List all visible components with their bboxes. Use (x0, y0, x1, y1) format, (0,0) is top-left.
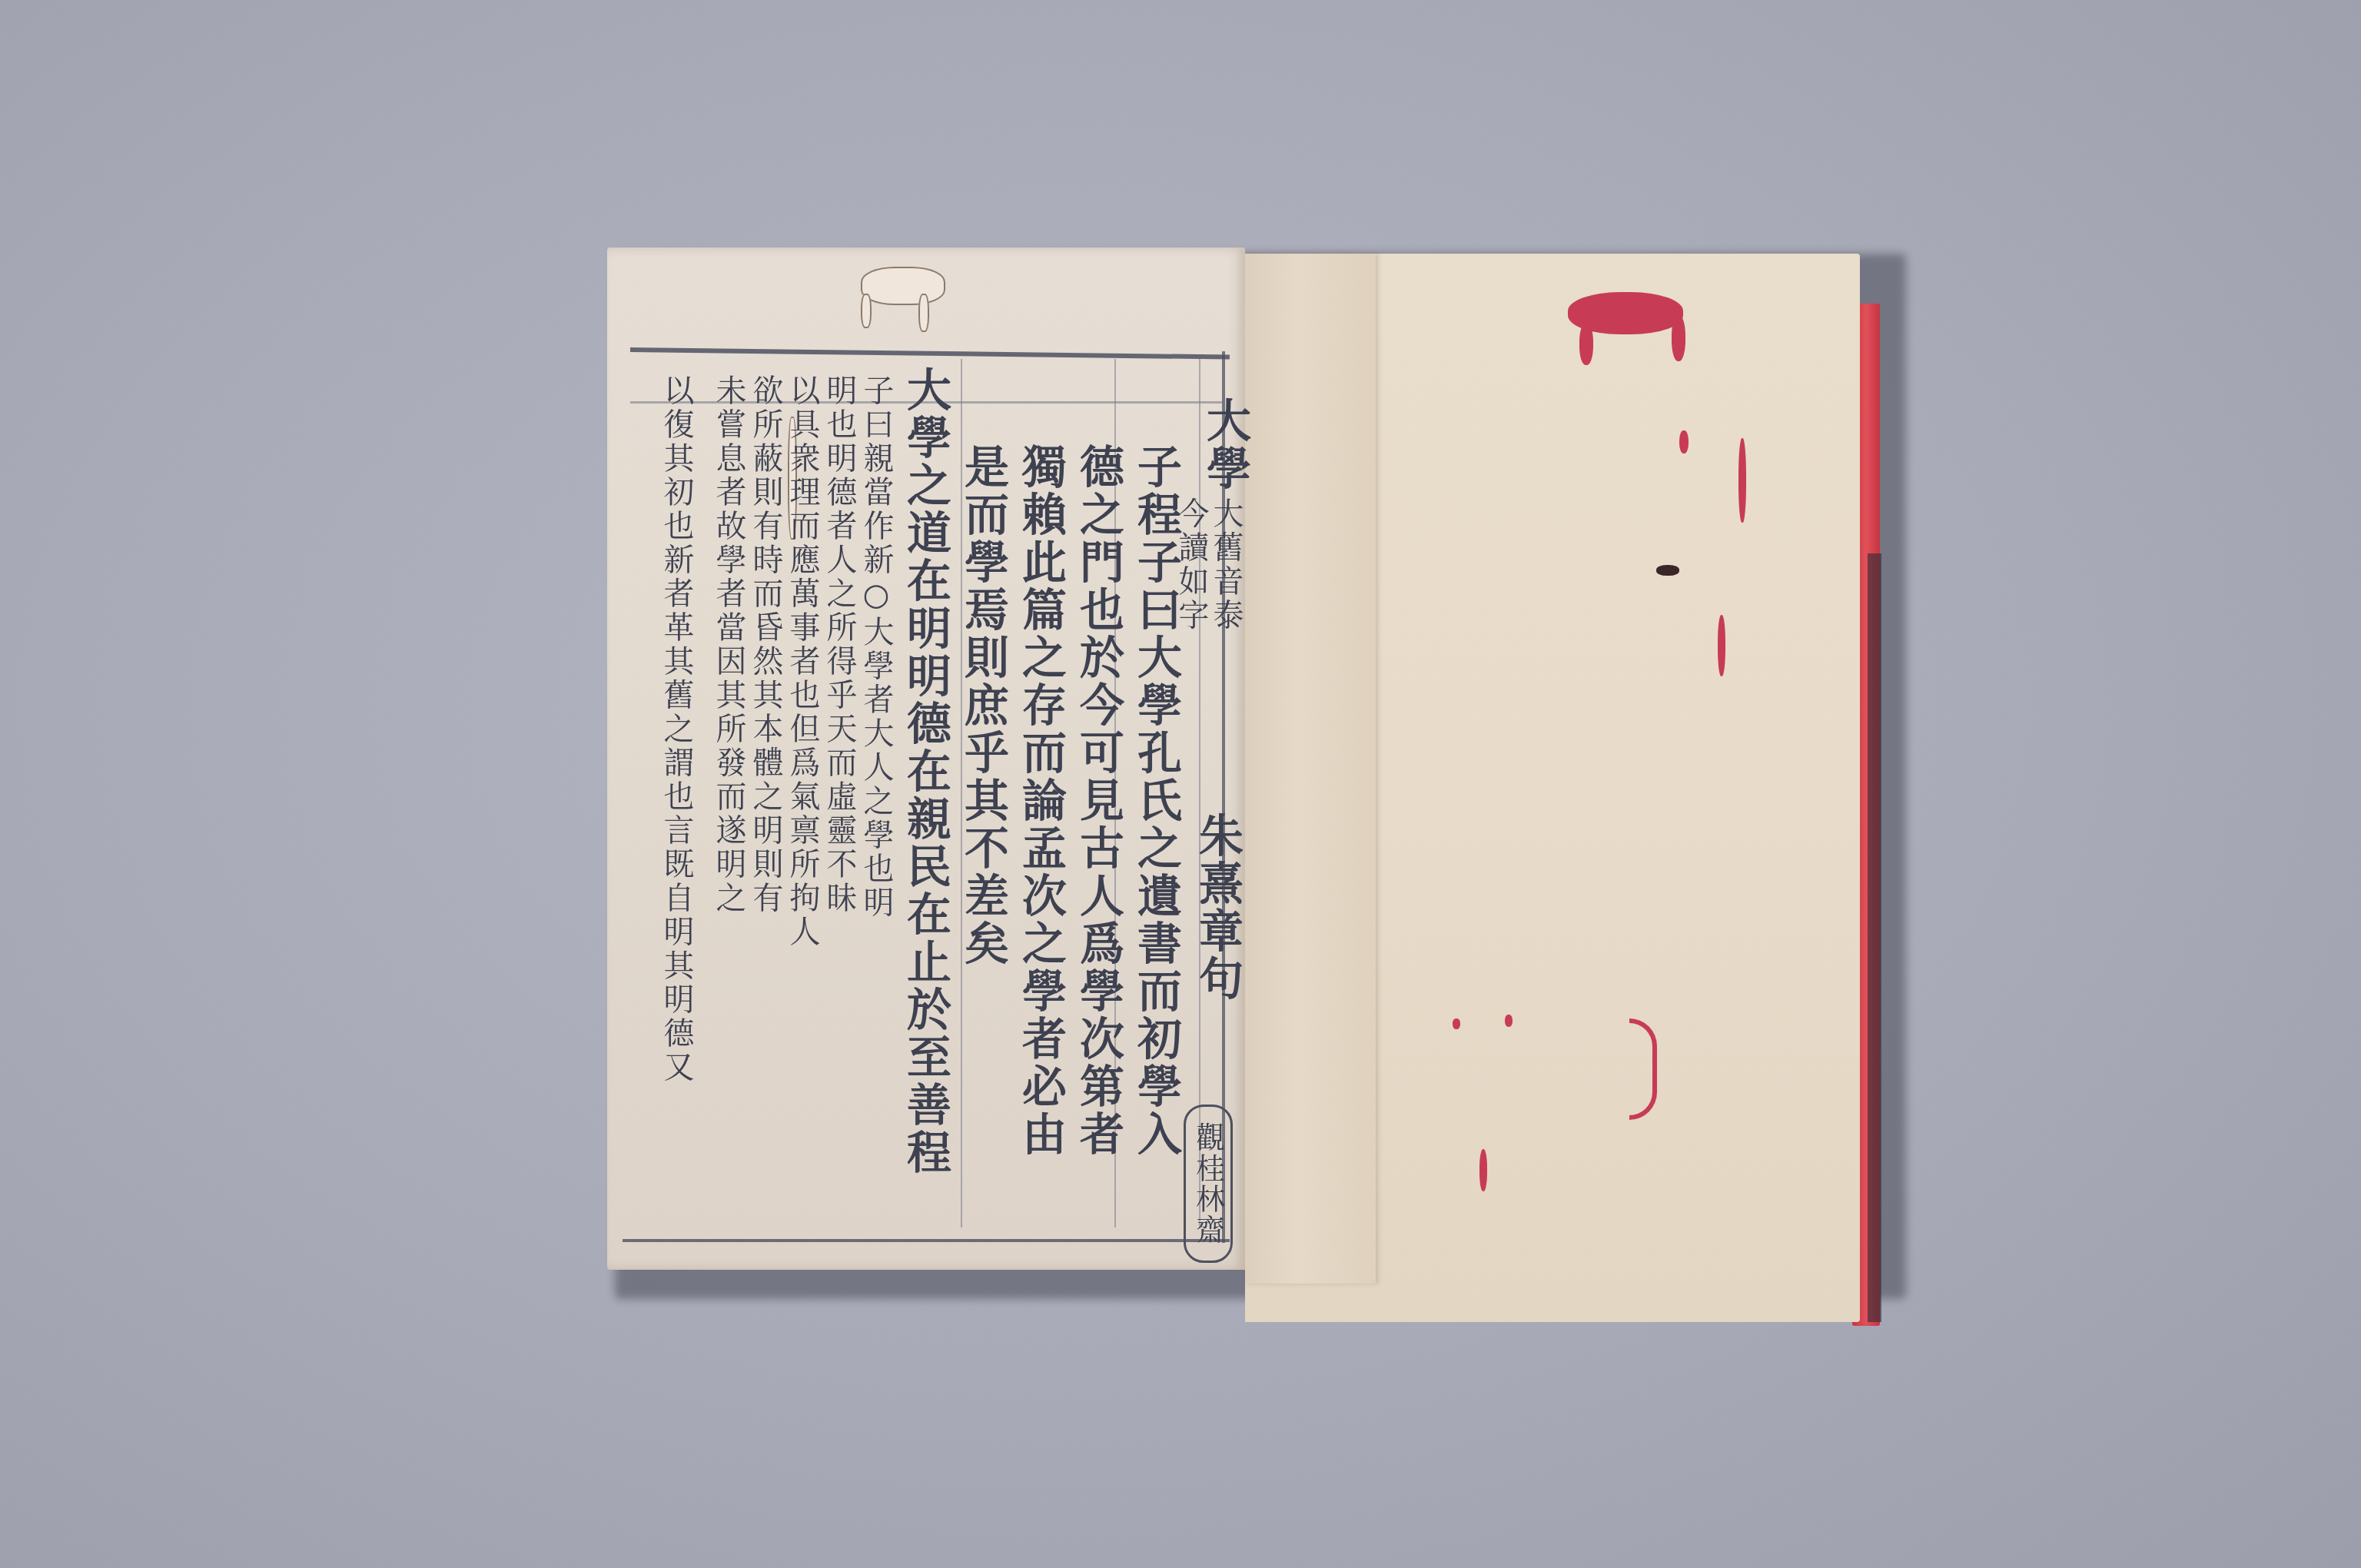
dark-stain (1656, 565, 1679, 576)
photo-stage: 大學 大舊音泰 今讀如字 朱熹章句 觀桂林齋 子程子曰大學孔氏之遺書而初學入 德… (0, 0, 2361, 1568)
red-stain (1629, 1018, 1657, 1120)
red-stain (1718, 615, 1725, 676)
commentary-column: 未嘗息者故學者當因其所發而遂明之 (713, 374, 744, 915)
text-column: 是而學焉則庶乎其不差矣 (961, 443, 1005, 968)
red-stain (1479, 1149, 1487, 1191)
worm-hole (861, 267, 945, 305)
commentary-column: 以具衆理而應萬事者也但爲氣禀所拘人 (787, 374, 818, 949)
commentary-column: 子曰親當作新○大學者大人之學也明 (861, 374, 892, 920)
commentary-column: 欲所蔽則有時而昏然其本體之明則有 (750, 374, 781, 915)
classic-text-column: 大學之道在明明德在親民在止於至善程 (903, 367, 948, 1177)
commentary-column: 明也明德者人之所得乎天而虛靈不昧 (824, 374, 855, 915)
red-stain (1679, 430, 1689, 453)
commentary-column: 以復其初也新者革其舊之謂也言既自明其明德又 (661, 374, 692, 1085)
left-page: 大學 大舊音泰 今讀如字 朱熹章句 觀桂林齋 子程子曰大學孔氏之遺書而初學入 德… (607, 247, 1245, 1270)
publisher-seal: 觀桂林齋 (1184, 1105, 1233, 1263)
bottom-border-rule (623, 1239, 1230, 1242)
title-note: 大舊音泰 (1210, 497, 1241, 633)
worm-hole (918, 294, 929, 332)
cover-shadow (1868, 553, 1881, 1322)
red-stain (1738, 438, 1746, 523)
folded-endpaper (1245, 254, 1376, 1284)
red-stain (1672, 315, 1685, 361)
title-heading: 大學 (1203, 397, 1247, 493)
text-column: 獨賴此篇之存而論孟次之學者必由 (1018, 443, 1063, 1158)
red-stain (1453, 1018, 1460, 1029)
red-stain (1505, 1015, 1513, 1027)
text-column: 子程子曰大學孔氏之遺書而初學入 (1134, 443, 1178, 1158)
red-stain (1579, 323, 1593, 365)
author-attribution: 朱熹章句 (1195, 812, 1240, 1003)
text-block: 大學 大舊音泰 今讀如字 朱熹章句 觀桂林齋 子程子曰大學孔氏之遺書而初學入 德… (630, 351, 1222, 1235)
text-column: 德之門也於今可見古人爲學次第者 (1076, 443, 1121, 1158)
worm-hole (861, 294, 872, 328)
